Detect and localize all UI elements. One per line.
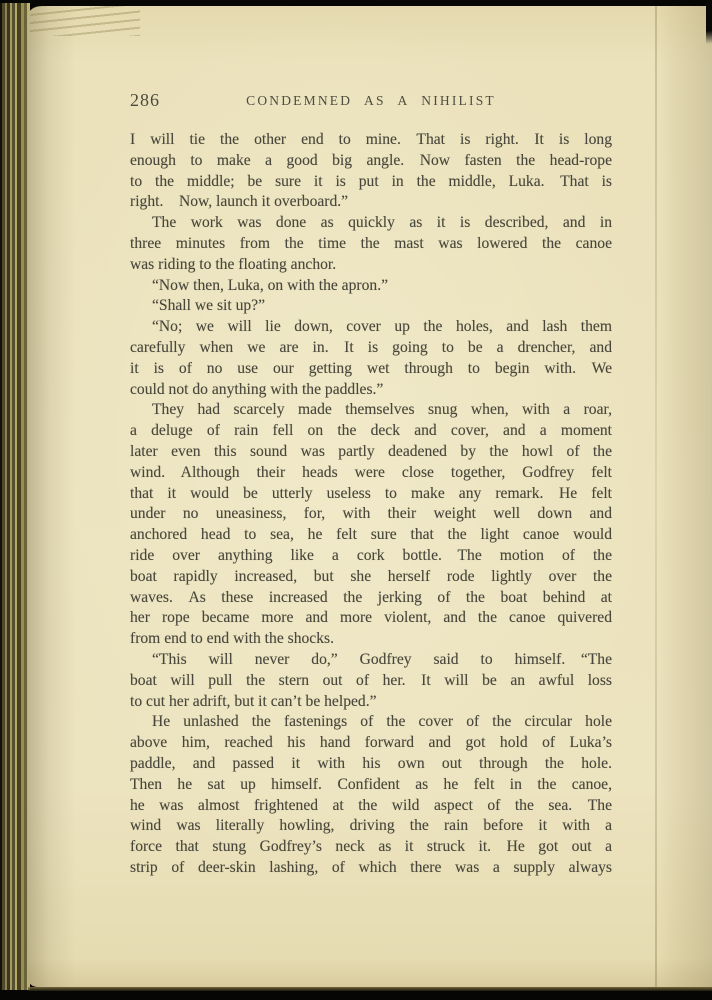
text-line: wind was literally howling, driving the … (130, 816, 612, 837)
text-line: to cut her adrift, but it can’t be helpe… (130, 692, 612, 713)
text-line: strip of deer-skin lashing, of which the… (130, 858, 612, 879)
book-spine-leaf-edges (0, 3, 30, 990)
text-line: he was almost frightened at the wild asp… (130, 796, 612, 817)
page-header: 286 CONDEMNED AS A NIHILIST (130, 90, 612, 114)
text-line: above him, reached his hand forward and … (130, 733, 612, 754)
paragraph: The work was done as quickly as it is de… (130, 213, 612, 275)
text-line: could not do anything with the paddles.” (130, 380, 612, 401)
text-line: anchored head to sea, he felt sure that … (130, 525, 612, 546)
text-line: carefully when we are in. It is going to… (130, 338, 612, 359)
text-line: They had scarcely made themselves snug w… (130, 400, 612, 421)
text-line: from end to end with the shocks. (130, 629, 612, 650)
book-page: 286 CONDEMNED AS A NIHILIST I will tie t… (28, 6, 712, 987)
corner-leaf-edges (30, 6, 140, 36)
paragraph: They had scarcely made themselves snug w… (130, 400, 612, 650)
text-line: wind. Although their heads were close to… (130, 463, 612, 484)
paragraph: He unlashed the fastenings of the cover … (130, 712, 612, 878)
page-bottom-edge (28, 987, 712, 991)
text-line: He unlashed the fastenings of the cover … (130, 712, 612, 733)
text-line: to the middle; be sure it is put in the … (130, 172, 612, 193)
text-line: her rope became more and more violent, a… (130, 608, 612, 629)
text-line: three minutes from the time the mast was… (130, 234, 612, 255)
fore-edge-shading (656, 6, 712, 987)
text-line: ride over anything like a cork bottle. T… (130, 546, 612, 567)
text-line: I will tie the other end to mine. That i… (130, 130, 612, 151)
text-line: force that stung Godfrey’s neck as it st… (130, 837, 612, 858)
text-line: right. Now, launch it overboard.” (130, 192, 612, 213)
text-line: enough to make a good big angle. Now fas… (130, 151, 612, 172)
text-line: a deluge of rain fell on the deck and co… (130, 421, 612, 442)
text-line: boat will pull the stern out of her. It … (130, 671, 612, 692)
text-line: “This will never do,” Godfrey said to hi… (130, 650, 612, 671)
text-line: it is of no use our getting wet through … (130, 359, 612, 380)
gutter-shadow (28, 6, 76, 987)
page-fold-line (655, 6, 657, 987)
text-line: Then he sat up himself. Confident as he … (130, 775, 612, 796)
text-line: boat rapidly increased, but she herself … (130, 567, 612, 588)
text-line: “Shall we sit up?” (130, 296, 612, 317)
paragraph: “Now then, Luka, on with the apron.” (130, 276, 612, 297)
paragraph: I will tie the other end to mine. That i… (130, 130, 612, 213)
text-line: paddle, and passed it with his own out t… (130, 754, 612, 775)
text-line: that it would be utterly useless to make… (130, 484, 612, 505)
paragraph: “Shall we sit up?” (130, 296, 612, 317)
book-scan: 286 CONDEMNED AS A NIHILIST I will tie t… (0, 0, 712, 1000)
paragraph: “This will never do,” Godfrey said to hi… (130, 650, 612, 712)
text-line: later even this sound was partly deadene… (130, 442, 612, 463)
page-text: I will tie the other end to mine. That i… (130, 130, 612, 879)
text-line: was riding to the floating anchor. (130, 255, 612, 276)
paragraph: “No; we will lie down, cover up the hole… (130, 317, 612, 400)
running-title: CONDEMNED AS A NIHILIST (130, 93, 612, 109)
text-line: “Now then, Luka, on with the apron.” (130, 276, 612, 297)
text-line: under no uneasiness, for, with their wei… (130, 504, 612, 525)
text-line: The work was done as quickly as it is de… (130, 213, 612, 234)
text-line: “No; we will lie down, cover up the hole… (130, 317, 612, 338)
text-line: waves. As these increased the jerking of… (130, 588, 612, 609)
